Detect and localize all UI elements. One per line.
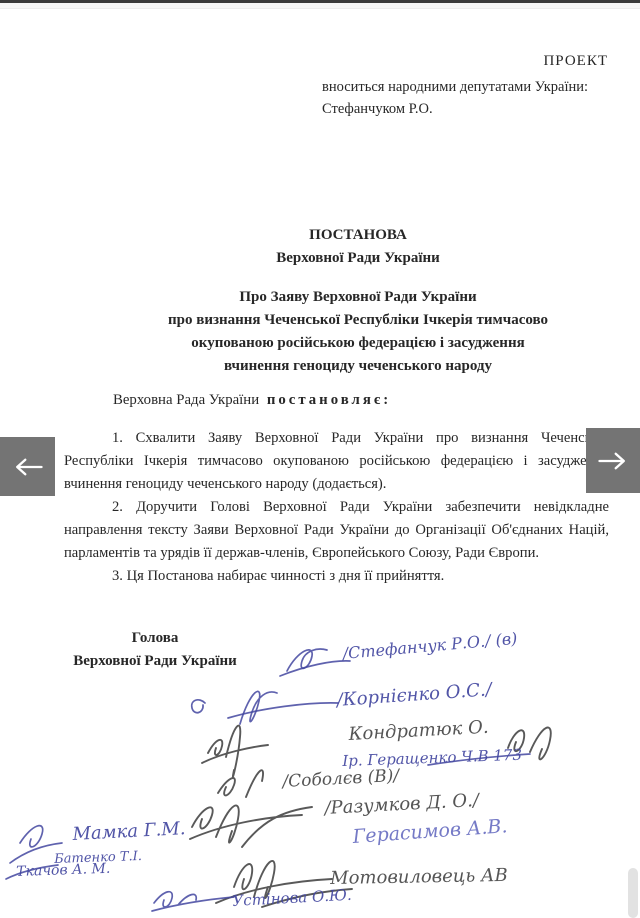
- paragraph-1: 1. Схвалити Заяву Верховної Ради України…: [64, 427, 609, 496]
- paragraph-2: 2. Доручити Голові Верховної Ради Україн…: [64, 496, 609, 565]
- document-body: 1. Схвалити Заяву Верховної Ради України…: [64, 427, 609, 588]
- signature-text: Мотовиловець АВ: [330, 865, 508, 889]
- document-issuer: Верховної Ради України: [104, 247, 612, 270]
- project-label: ПРОЕКТ: [543, 53, 608, 70]
- signatory-title-block: Голова Верховної Ради України: [40, 627, 270, 673]
- signature-text: /Соболєв (В)/: [282, 766, 400, 792]
- signature-text: /Корнієнко О.С./: [336, 679, 492, 711]
- title-line: про визнання Чеченської Республіки Ічкер…: [104, 309, 612, 332]
- document-type: ПОСТАНОВА: [104, 224, 612, 247]
- signature-flourish: [192, 700, 205, 713]
- signature-text: Мамка Г.М.: [72, 818, 186, 845]
- scrollbar-thumb[interactable]: [628, 868, 638, 918]
- submitted-by-deputy: Стефанчуком Р.О.: [322, 98, 588, 120]
- signature-text: Устінова О.Ю.: [232, 886, 352, 910]
- submitted-by-line: вноситься народними депутатами України:: [322, 76, 588, 98]
- prev-button[interactable]: [0, 437, 55, 496]
- signature-flourish: [152, 892, 234, 911]
- paragraph-3: 3. Ця Постанова набирає чинності з дня ї…: [64, 565, 609, 588]
- signature-text: Ткачов А. М.: [16, 861, 111, 880]
- signature-text: /Стефанчук Р.О./ (в): [342, 629, 518, 663]
- next-button[interactable]: [586, 428, 640, 493]
- signature-flourish: [218, 770, 263, 797]
- signature-flourish: [287, 649, 327, 671]
- submitted-by-block: вноситься народними депутатами України: …: [322, 76, 588, 120]
- document-title: Про Заяву Верховної Ради України про виз…: [104, 286, 612, 378]
- signature-flourish: [228, 703, 338, 718]
- arrow-right-icon: [595, 449, 631, 473]
- enacting-verb: постановляє:: [267, 392, 391, 408]
- signature-text: Кондратюк О.: [348, 717, 489, 745]
- signature-text: Герасимов А.В.: [352, 815, 508, 848]
- top-border-light: [0, 3, 640, 9]
- signatory-title: Голова: [40, 627, 270, 650]
- signature-flourish: [190, 805, 312, 847]
- enacting-prefix: Верховна Рада України: [113, 392, 259, 408]
- signature-text: Ір. Геращенко Ч.В 173: [342, 746, 522, 770]
- arrow-left-icon: [10, 455, 46, 479]
- title-line: вчинення геноциду чеченського народу: [104, 355, 612, 378]
- image-viewer: ПРОЕКТ вноситься народними депутатами Ук…: [0, 0, 640, 918]
- title-line: Про Заяву Верховної Ради України: [104, 286, 612, 309]
- title-line: окупованою російською федерацією і засуд…: [104, 332, 612, 355]
- document-heading: ПОСТАНОВА Верховної Ради України: [104, 224, 612, 270]
- enacting-clause: Верховна Рада України постановляє:: [113, 392, 391, 409]
- signature-flourish: [202, 726, 268, 777]
- signature-text: /Разумков Д. О./: [324, 790, 479, 819]
- signature-flourish: [280, 661, 350, 676]
- signature-flourish: [240, 691, 277, 724]
- signatory-org: Верховної Ради України: [40, 650, 270, 673]
